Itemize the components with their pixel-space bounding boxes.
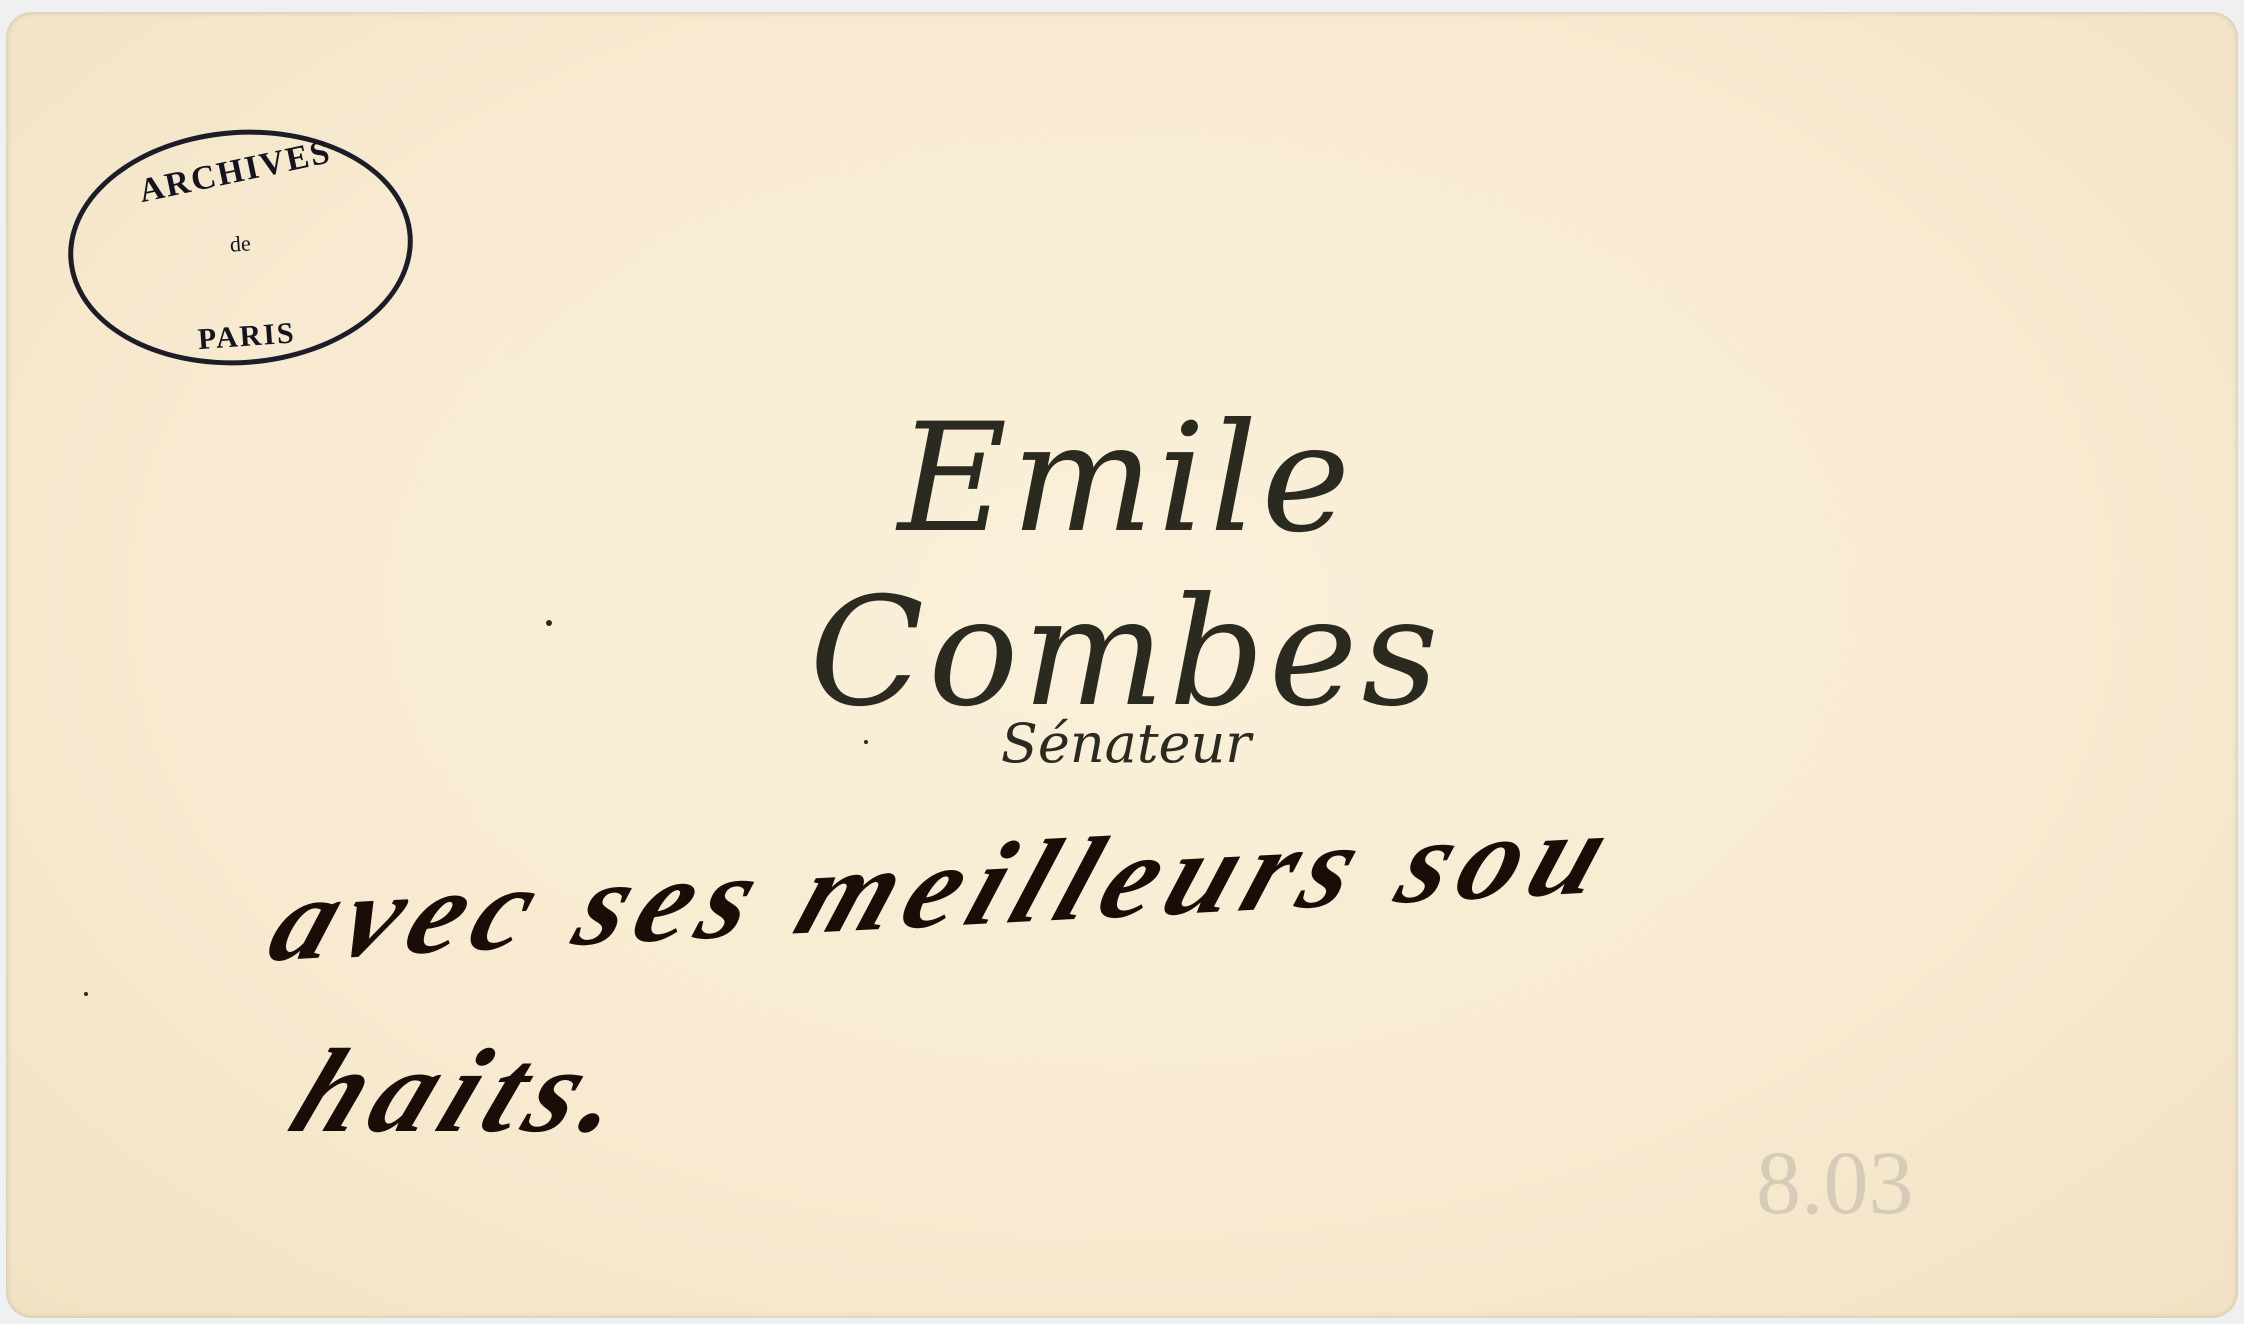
printed-title: Sénateur [906,712,1346,775]
stamp-top-text: ARCHIVES [67,119,403,226]
pencil-note: 8.03 [1756,1132,1914,1235]
stamp-bottom-text: PARIS [78,308,415,365]
ink-speck [546,620,552,626]
ink-speck [864,740,868,744]
archive-stamp: ARCHIVES de PARIS [60,118,421,376]
visiting-card: ARCHIVES de PARIS Emile Combes Sénateur … [6,12,2238,1318]
printed-name: Emile Combes [576,392,1676,740]
handwritten-line-1: avec ses meilleurs sou [253,752,2239,989]
handwritten-line-2: haits. [273,1022,659,1160]
stamp-middle-text: de [72,219,408,268]
ink-speck [84,992,88,996]
